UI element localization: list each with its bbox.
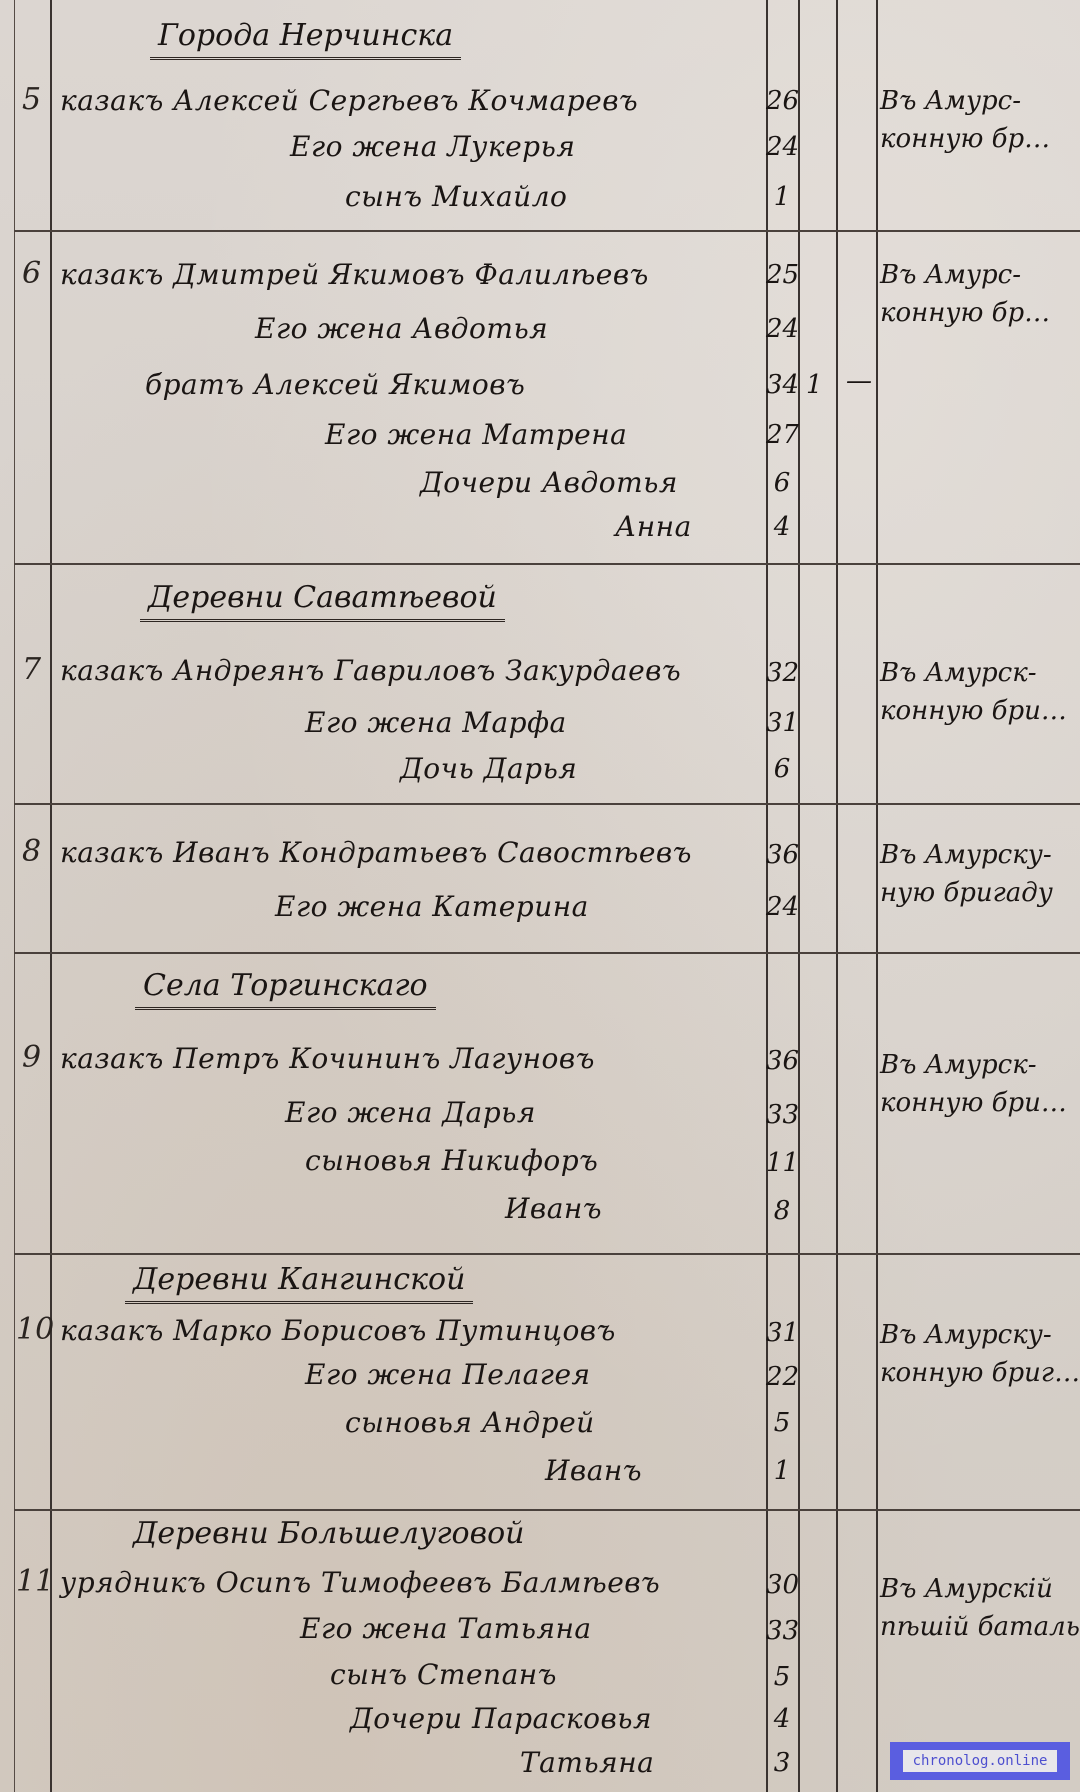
- family-member: Дочери Парасковья: [350, 1702, 652, 1735]
- note-line: конную бри…: [880, 1084, 1067, 1122]
- family-member: Его жена Катерина: [275, 890, 589, 923]
- family-member: Иванъ: [545, 1454, 642, 1487]
- age-value: 24: [766, 314, 798, 344]
- age-value: 6: [766, 468, 798, 498]
- age-value: 5: [766, 1408, 798, 1438]
- age-value: 33: [766, 1100, 798, 1130]
- family-member: Его жена Матрена: [325, 418, 627, 451]
- age-value: 4: [766, 1704, 798, 1734]
- assignment-note: Въ Амурск- конную бри…: [880, 654, 1067, 730]
- family-member: Иванъ: [505, 1192, 602, 1225]
- entry-separator: [14, 563, 1080, 565]
- extra-dash: —: [846, 366, 872, 396]
- note-line: конную бр…: [880, 120, 1050, 158]
- note-line: Въ Амурскій: [880, 1570, 1080, 1608]
- family-member: Его жена Татьяна: [300, 1612, 592, 1645]
- extra-column-rule: [836, 0, 838, 1792]
- assignment-note: Въ Амурс- конную бр…: [880, 82, 1050, 158]
- age-value: 1: [766, 1456, 798, 1486]
- note-line: конную бриг…: [880, 1354, 1080, 1392]
- head-of-household: казакъ Андреянъ Гавриловъ Закурдаевъ: [60, 654, 681, 687]
- entry-separator: [14, 952, 1080, 954]
- watermark-badge: chronolog.online: [890, 1742, 1070, 1780]
- family-member: сыновья Андрей: [345, 1406, 595, 1439]
- extra-count: 1: [806, 370, 823, 400]
- entry-number: 11: [16, 1564, 54, 1599]
- age-value: 31: [766, 708, 798, 738]
- family-member: Его жена Пелагея: [305, 1358, 591, 1391]
- age-value: 6: [766, 754, 798, 784]
- location-heading: Деревни Кангинской: [125, 1262, 473, 1304]
- watermark-text: chronolog.online: [903, 1750, 1058, 1772]
- entry-number: 10: [16, 1312, 54, 1347]
- entry-separator: [14, 803, 1080, 805]
- assignment-note: Въ Амурск- конную бри…: [880, 1046, 1067, 1122]
- age-value: 31: [766, 1318, 798, 1348]
- assignment-note: Въ Амурс- конную бр…: [880, 256, 1050, 332]
- notes-column-rule: [876, 0, 878, 1792]
- entry-number: 5: [22, 82, 41, 117]
- entry-separator: [14, 1253, 1080, 1255]
- head-of-household: казакъ Марко Борисовъ Путинцовъ: [60, 1314, 616, 1347]
- entry-number: 9: [22, 1040, 41, 1075]
- entry-number: 7: [22, 652, 41, 687]
- ledger-page: Города Нерчинска 5 казакъ Алексей Сергѣе…: [0, 0, 1080, 1792]
- age-value: 5: [766, 1662, 798, 1692]
- age-value: 8: [766, 1196, 798, 1226]
- age-value: 32: [766, 658, 798, 688]
- location-heading: Села Торгинскаго: [135, 968, 436, 1010]
- family-member: сыновья Никифоръ: [305, 1144, 598, 1177]
- age-value: 30: [766, 1570, 798, 1600]
- head-of-household: казакъ Иванъ Кондратьевъ Савостѣевъ: [60, 836, 692, 869]
- family-member: Его жена Лукерья: [290, 130, 575, 163]
- note-line: Въ Амурску-: [880, 836, 1053, 874]
- family-member: Анна: [615, 510, 692, 543]
- entry-separator: [14, 230, 1080, 232]
- head-of-household: казакъ Алексей Сергѣевъ Кочмаревъ: [60, 84, 638, 117]
- age-value: 26: [766, 86, 798, 116]
- note-line: пѣшій батальонъ: [880, 1608, 1080, 1646]
- note-line: конную бри…: [880, 692, 1067, 730]
- family-member: Татьяна: [520, 1746, 654, 1779]
- location-heading: Города Нерчинска: [150, 18, 461, 60]
- age-value: 11: [766, 1148, 798, 1178]
- family-member: сынъ Михайло: [345, 180, 567, 213]
- age-value: 34: [766, 370, 798, 400]
- margin-rule-left: [14, 0, 15, 1792]
- family-member: Дочь Дарья: [400, 752, 577, 785]
- age-value: 25: [766, 260, 798, 290]
- entry-separator: [14, 1509, 1080, 1511]
- age-value: 4: [766, 512, 798, 542]
- age-value: 27: [766, 420, 798, 450]
- family-member: Его жена Авдотья: [255, 312, 548, 345]
- family-member: братъ Алексей Якимовъ: [145, 368, 525, 401]
- assignment-note: Въ Амурскій пѣшій батальонъ: [880, 1570, 1080, 1646]
- entry-number: 6: [22, 256, 41, 291]
- note-line: ную бригаду: [880, 874, 1053, 912]
- head-of-household: урядникъ Осипъ Тимофеевъ Балмѣевъ: [60, 1566, 660, 1599]
- age-value: 1: [766, 182, 798, 212]
- family-member: Его жена Марфа: [305, 706, 567, 739]
- entry-number: 8: [22, 834, 41, 869]
- location-heading: Деревни Саватѣевой: [140, 580, 505, 622]
- family-member: Дочери Авдотья: [420, 466, 678, 499]
- age-value: 3: [766, 1748, 798, 1778]
- head-of-household: казакъ Дмитрей Якимовъ Фалилѣевъ: [60, 258, 649, 291]
- age-value: 22: [766, 1362, 798, 1392]
- note-line: Въ Амурс-: [880, 82, 1050, 120]
- age-value: 36: [766, 840, 798, 870]
- age-value: 24: [766, 132, 798, 162]
- age-value: 33: [766, 1616, 798, 1646]
- note-line: Въ Амурску-: [880, 1316, 1080, 1354]
- head-of-household: казакъ Петръ Кочининъ Лагуновъ: [60, 1042, 595, 1075]
- note-line: Въ Амурск-: [880, 654, 1067, 692]
- family-member: сынъ Степанъ: [330, 1658, 557, 1691]
- family-member: Его жена Дарья: [285, 1096, 536, 1129]
- note-line: Въ Амурск-: [880, 1046, 1067, 1084]
- assignment-note: Въ Амурску- ную бригаду: [880, 836, 1053, 912]
- location-heading: Деревни Большелуговой: [125, 1516, 532, 1555]
- age-value: 24: [766, 892, 798, 922]
- number-column-rule: [50, 0, 52, 1792]
- age-value: 36: [766, 1046, 798, 1076]
- note-line: Въ Амурс-: [880, 256, 1050, 294]
- assignment-note: Въ Амурску- конную бриг…: [880, 1316, 1080, 1392]
- note-line: конную бр…: [880, 294, 1050, 332]
